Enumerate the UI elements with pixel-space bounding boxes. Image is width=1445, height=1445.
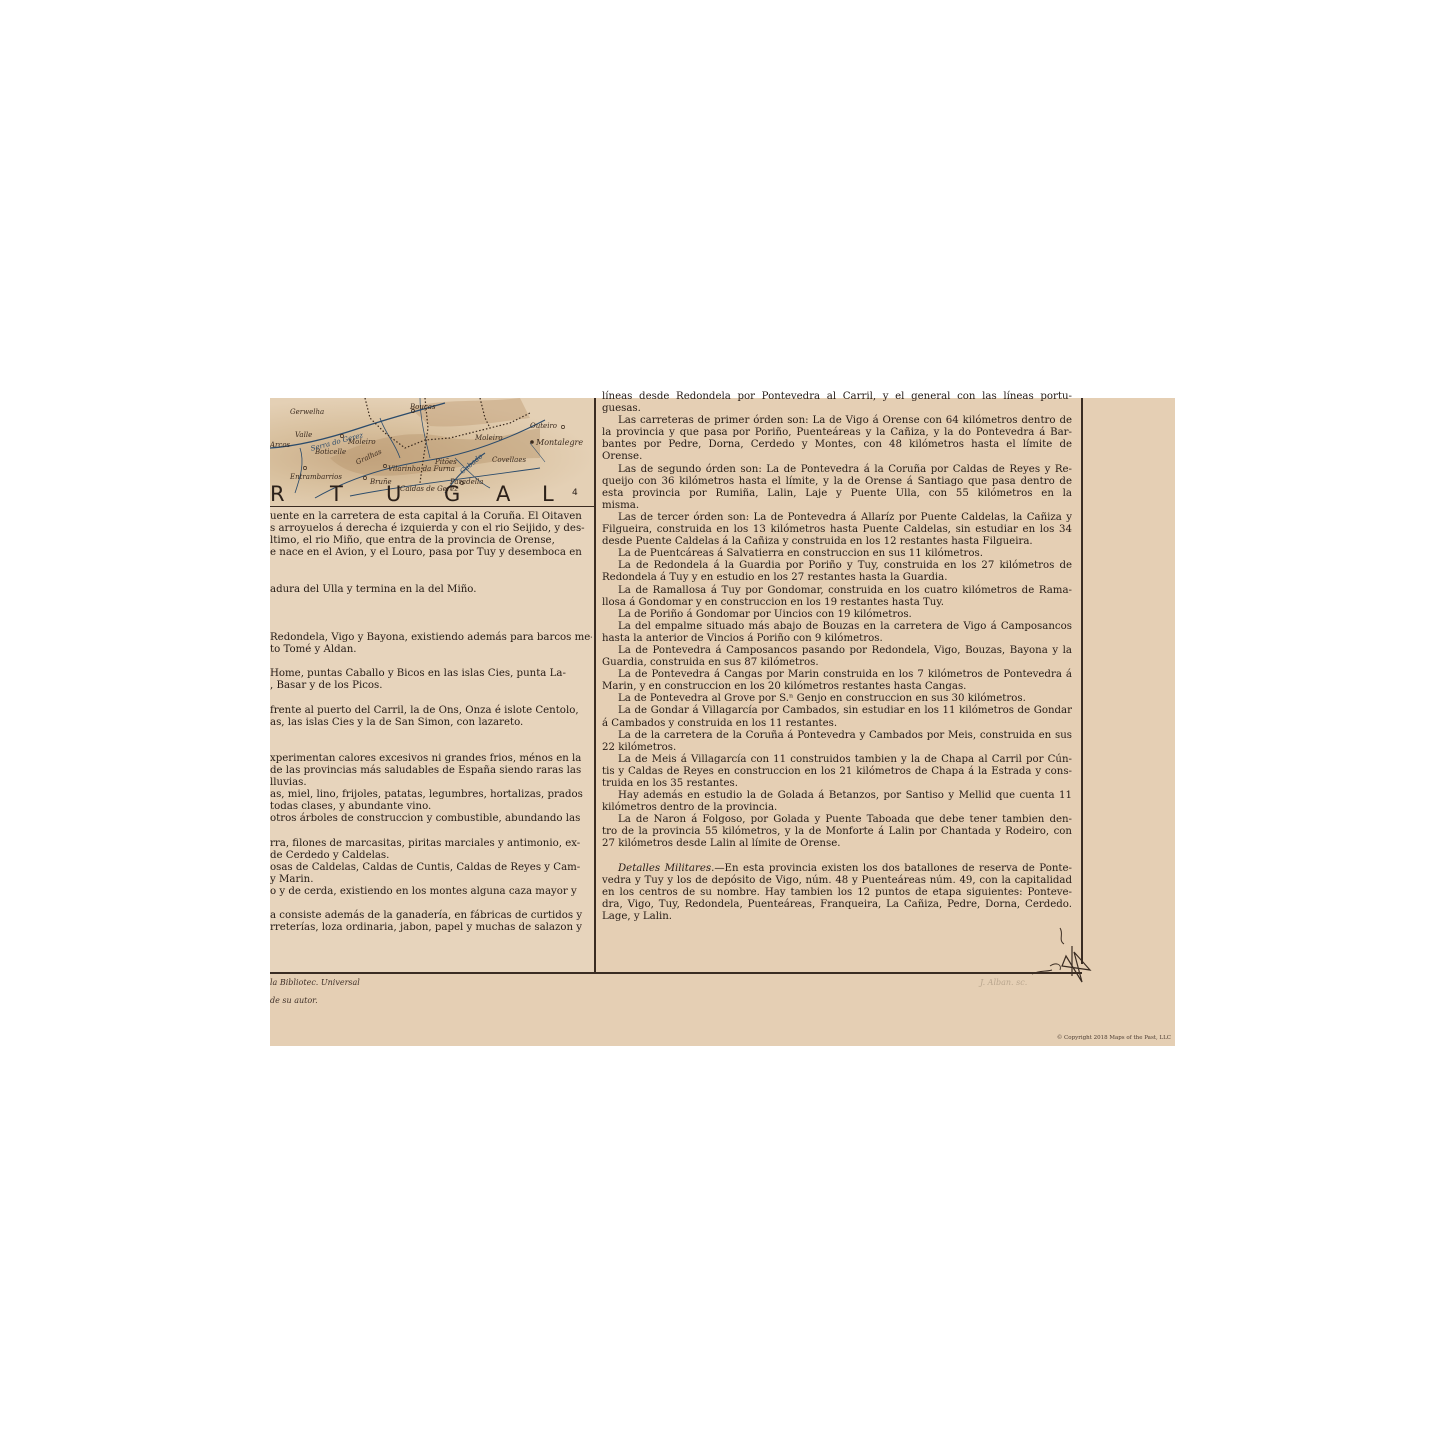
military-line: en los centros de su nombre. Hay tambien… xyxy=(602,887,1072,899)
left-text-line xyxy=(270,571,592,583)
paragraph-line: Las carreteras de primer órden son: La d… xyxy=(602,415,1072,427)
paragraph-line: La de Poriño á Gondomar por Uincios con … xyxy=(602,609,1072,621)
left-text-line xyxy=(270,898,592,910)
map-place-label: Valle xyxy=(295,431,312,439)
paragraph-line: La de Meis á Villagarcía con 11 construi… xyxy=(602,754,1072,766)
map-place-label: Montalegre xyxy=(536,438,583,447)
country-letter: T xyxy=(330,482,343,506)
military-heading: Detalles Militares. xyxy=(618,863,714,874)
paragraph-line: esta provincia por Rumiña, Lalin, Laje y… xyxy=(602,488,1072,500)
paragraph-line: desde Puente Caldelas á la Cañiza y cons… xyxy=(602,536,1072,548)
military-line: dra, Vigo, Tuy, Redondela, Puenteáreas, … xyxy=(602,899,1072,911)
paragraph-line: Redondela á Tuy y en estudio en los 27 r… xyxy=(602,572,1072,584)
left-text-line: xperimentan calores excesivos ni grandes… xyxy=(270,753,592,765)
right-column-text: líneas desde Redondela por Pontevedra al… xyxy=(602,391,1072,923)
paragraph-line: La de la carretera de la Coruña á Pontev… xyxy=(602,730,1072,742)
left-text-line: de Cerdedo y Caldelas. xyxy=(270,850,592,862)
map-place-label: Moleiro xyxy=(475,434,503,442)
country-label-portugal: R T U G A L 4 xyxy=(270,482,596,506)
author-note: de su autor. xyxy=(270,996,318,1005)
left-text-line: frente al puerto del Carril, la de Ons, … xyxy=(270,705,592,717)
paragraph-line: misma. xyxy=(602,500,1072,512)
left-text-line: osas de Caldelas, Caldas de Cuntis, Cald… xyxy=(270,862,592,874)
left-text-line: as, las islas Cies y la de San Simon, co… xyxy=(270,717,592,729)
paragraph-line: La de Pontevedra á Cangas por Marin cons… xyxy=(602,669,1072,681)
country-letter: R xyxy=(270,482,285,506)
left-text-line: rra, filones de marcasitas, piritas marc… xyxy=(270,838,592,850)
paragraph-line: á Cambados y construida en los 11 restan… xyxy=(602,718,1072,730)
military-line: Detalles Militares.—En esta provincia ex… xyxy=(602,863,1072,875)
paragraph-line: bantes por Pedre, Dorna, Cerdedo y Monte… xyxy=(602,439,1072,451)
map-place-label: Entrambarrios xyxy=(290,473,342,481)
map-bottom-rule xyxy=(270,506,596,507)
map-mark: 4 xyxy=(572,488,578,498)
paragraph-line: truida en los 35 restantes. xyxy=(602,778,1072,790)
map-place-label: Bouças xyxy=(410,403,436,411)
paragraph-line: la provincia y que pasa por Poriño, Puen… xyxy=(602,427,1072,439)
paragraph-line: Las de segundo órden son: La de Ponteved… xyxy=(602,464,1072,476)
paragraph-line: líneas desde Redondela por Pontevedra al… xyxy=(602,391,1072,403)
left-text-line: to Tomé y Aldan. xyxy=(270,644,592,656)
left-text-line: o y de cerda, existiendo en los montes a… xyxy=(270,886,592,898)
left-text-line xyxy=(270,608,592,620)
map-place-label: Vilarinho da Furna xyxy=(388,465,455,473)
ornament-flourish-icon xyxy=(1030,926,1100,986)
left-text-line: ltimo, el rio Miño, que entra de la prov… xyxy=(270,535,592,547)
left-text-line: uente en la carretera de esta capital á … xyxy=(270,511,592,523)
paragraph-line: La del empalme situado más abajo de Bouz… xyxy=(602,621,1072,633)
paragraph-line: Las de tercer órden son: La de Pontevedr… xyxy=(602,512,1072,524)
paragraph-line: hasta la anterior de Vincios á Poriño co… xyxy=(602,633,1072,645)
paragraph-line: llosa á Gondomar y en construccion en lo… xyxy=(602,597,1072,609)
paragraph-line: La de Pontevedra á Camposancos pasando p… xyxy=(602,645,1072,657)
paragraph-line: Marin, y en construccion en los 20 kilóm… xyxy=(602,681,1072,693)
left-text-line: s arroyuelos á derecha é izquierda y con… xyxy=(270,523,592,535)
paragraph-line: 22 kilómetros. xyxy=(602,742,1072,754)
country-letter: A xyxy=(496,482,510,506)
map-place-label: Arcos xyxy=(270,441,290,449)
military-line: vedra y Tuy y los de depósito de Vigo, n… xyxy=(602,875,1072,887)
left-text-line: Home, puntas Caballo y Bicos en las isla… xyxy=(270,668,592,680)
left-text-line: todas clases, y abundante vino. xyxy=(270,801,592,813)
left-text-line xyxy=(270,825,592,837)
left-text-line: lluvias. xyxy=(270,777,592,789)
left-text-line: , Basar y de los Picos. xyxy=(270,680,592,692)
left-text-line: rreterías, loza ordinaria, jabon, papel … xyxy=(270,922,592,934)
map-place-label: Outeiro xyxy=(530,422,557,430)
paragraph-line: kilómetros dentro de la provincia. xyxy=(602,802,1072,814)
paragraph-line: La de Puentcáreas á Salvatierra en const… xyxy=(602,548,1072,560)
paragraph-line: La de Gondar á Villagarcía por Cambados,… xyxy=(602,705,1072,717)
left-text-line: a consiste además de la ganadería, en fá… xyxy=(270,910,592,922)
left-text-line: de las provincias más saludables de Espa… xyxy=(270,765,592,777)
map-place-label: Pitões xyxy=(435,458,457,466)
country-letter: U xyxy=(386,482,401,506)
left-text-line xyxy=(270,692,592,704)
engraver-note: J. Alban. sc. xyxy=(980,978,1027,987)
left-text-line: otros árboles de construccion y combusti… xyxy=(270,813,592,825)
paragraph-line: guesas. xyxy=(602,403,1072,415)
map-sheet: Gerwelha Bouças Outeiro Montalegre Covel… xyxy=(270,398,1175,1046)
left-text-line xyxy=(270,559,592,571)
paragraph-line: queijo con 36 kilómetros hasta el límite… xyxy=(602,476,1072,488)
paragraph-line: La de Naron á Folgoso, por Golada y Puen… xyxy=(602,814,1072,826)
left-text-line: adura del Ulla y termina en la del Miño. xyxy=(270,584,592,596)
country-letter: G xyxy=(444,482,460,506)
military-text: —En esta provincia existen los dos batal… xyxy=(714,863,1072,874)
copyright-notice: © Copyright 2018 Maps of the Past, LLC xyxy=(1057,1035,1171,1041)
paragraph-line: 27 kilómetros desde Lalin al límite de O… xyxy=(602,838,1072,850)
left-text-line xyxy=(270,729,592,741)
left-text-line xyxy=(270,596,592,608)
spacer xyxy=(602,851,1072,863)
left-text-line xyxy=(270,620,592,632)
publisher-note: la Bibliotec. Universal xyxy=(270,978,360,987)
paragraph-line: La de Ramallosa á Tuy por Gondomar, cons… xyxy=(602,585,1072,597)
paragraph-line: Hay además en estudio la de Golada á Bet… xyxy=(602,790,1072,802)
map-inset: Gerwelha Bouças Outeiro Montalegre Covel… xyxy=(270,398,596,506)
map-place-label: Covellaes xyxy=(492,456,526,464)
left-text-line: e nace en el Avion, y el Louro, pasa por… xyxy=(270,547,592,559)
map-place-label: Gerwelha xyxy=(290,408,324,416)
left-text-line: Redondela, Vigo y Bayona, existiendo ade… xyxy=(270,632,592,644)
paragraph-line: La de Redondela á la Guardia por Poriño … xyxy=(602,560,1072,572)
paragraph-line: Guardia, construida en sus 87 kilómetros… xyxy=(602,657,1072,669)
paragraph-line: La de Pontevedra al Grove por S.ⁿ Genjo … xyxy=(602,693,1072,705)
country-letter: L xyxy=(542,482,554,506)
paragraph-line: tro de la provincia 55 kilómetros, y la … xyxy=(602,826,1072,838)
left-text-line xyxy=(270,656,592,668)
left-column-text: uente en la carretera de esta capital á … xyxy=(270,511,592,934)
paragraph-line: Orense. xyxy=(602,451,1072,463)
military-line: Lage, y Lalin. xyxy=(602,911,1072,923)
left-text-line: as, miel, lino, frijoles, patatas, legum… xyxy=(270,789,592,801)
left-text-line xyxy=(270,741,592,753)
paragraph-line: Filgueira, construida en los 13 kilómetr… xyxy=(602,524,1072,536)
left-column-paper: Gerwelha Bouças Outeiro Montalegre Covel… xyxy=(270,398,596,974)
left-text-line: y Marin. xyxy=(270,874,592,886)
paragraph-line: tis y Caldas de Reyes en construccion en… xyxy=(602,766,1072,778)
